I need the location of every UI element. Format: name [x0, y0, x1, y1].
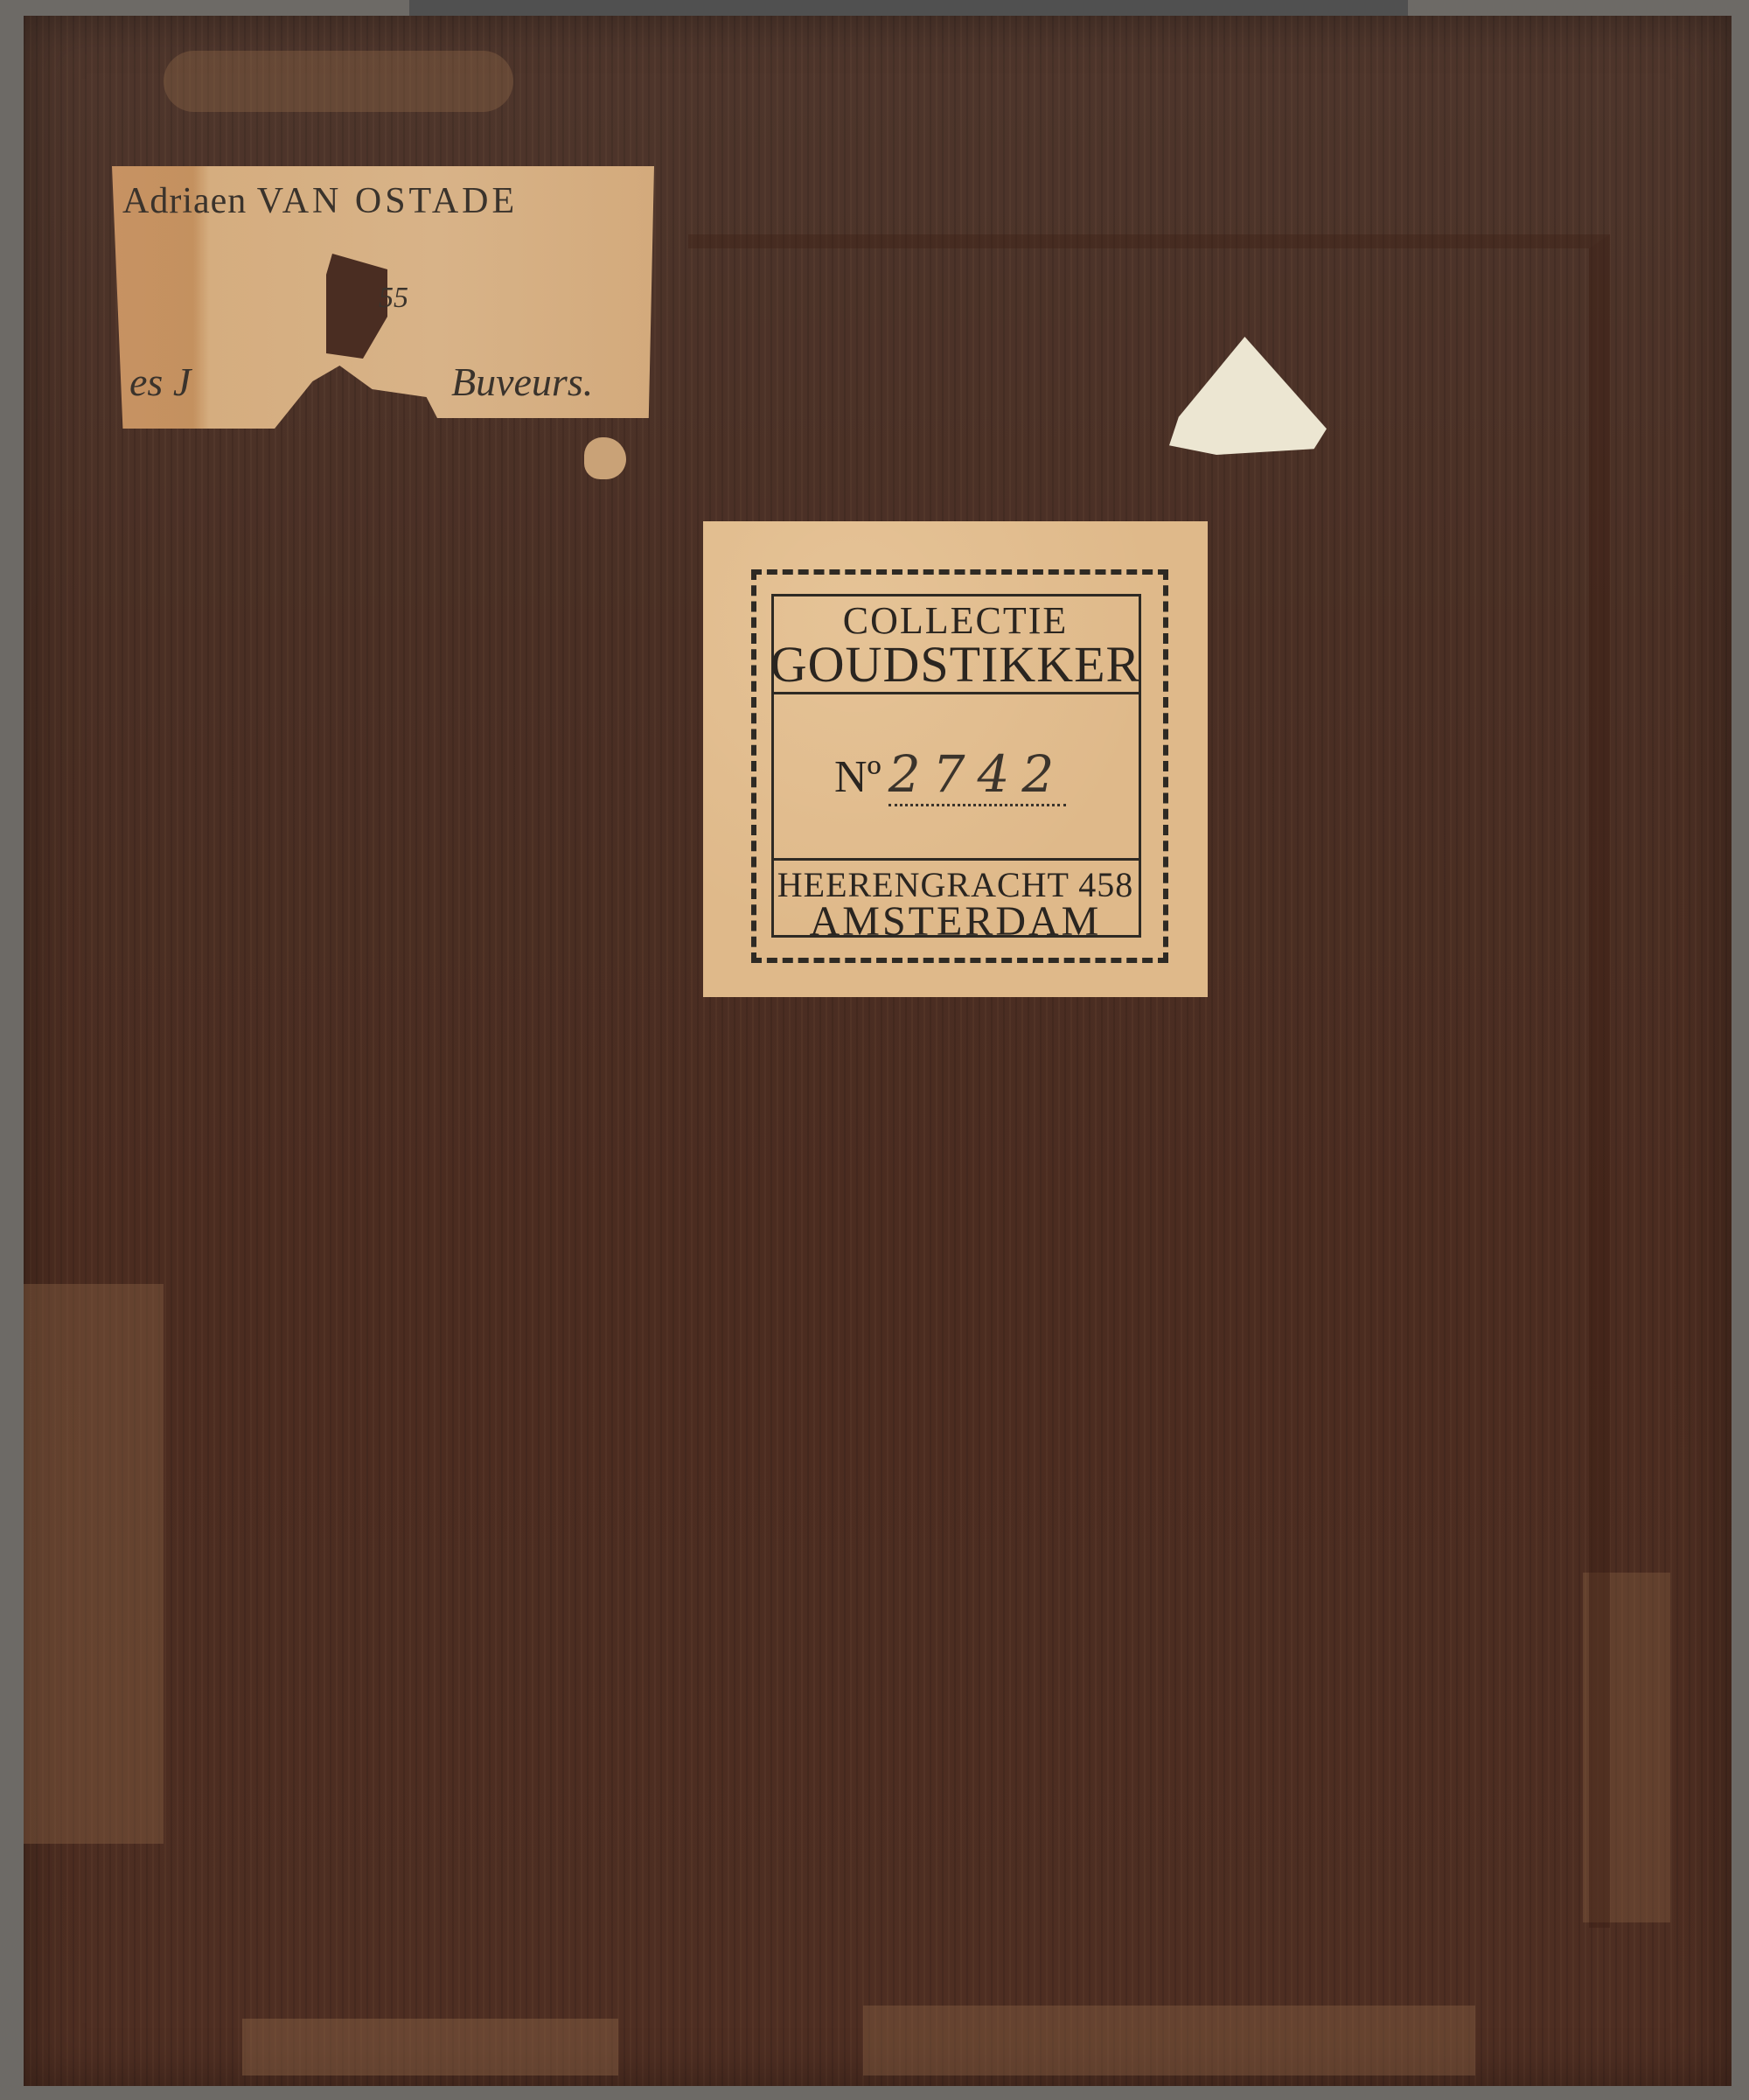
title-fragment-left: es J	[129, 359, 191, 404]
artist-first-name: Adriaen	[122, 181, 247, 221]
number-prefix: Nº	[834, 752, 881, 802]
artist-last-name: VAN OSTADE	[257, 181, 518, 221]
label-city: AMSTERDAM	[703, 897, 1208, 945]
old-torn-label: Adriaen VAN OSTADE 55 es J Buveurs.	[112, 166, 654, 429]
label-goudstikker: GOUDSTIKKER	[703, 635, 1208, 694]
label-number-row: Nº2742	[834, 744, 1066, 804]
bevel-top-wear	[164, 51, 513, 112]
bevel-left-wear	[24, 1284, 164, 1844]
label-rule-bottom	[771, 858, 1141, 861]
old-label-title: es J Buveurs.	[129, 359, 191, 405]
old-label-number: 55	[379, 282, 408, 315]
title-fragment-right: Buveurs.	[451, 359, 593, 405]
inventory-number: 2742	[888, 744, 1067, 806]
old-label-artist: Adriaen VAN OSTADE	[122, 180, 518, 222]
panel-inner-edge	[688, 234, 1610, 1928]
bevel-bottom-wear-left	[242, 2019, 618, 2076]
goudstikker-label: COLLECTIE GOUDSTIKKER Nº2742 HEERENGRACH…	[703, 521, 1208, 997]
bevel-bottom-wear-right	[863, 2006, 1475, 2076]
paper-fragment	[584, 437, 626, 479]
